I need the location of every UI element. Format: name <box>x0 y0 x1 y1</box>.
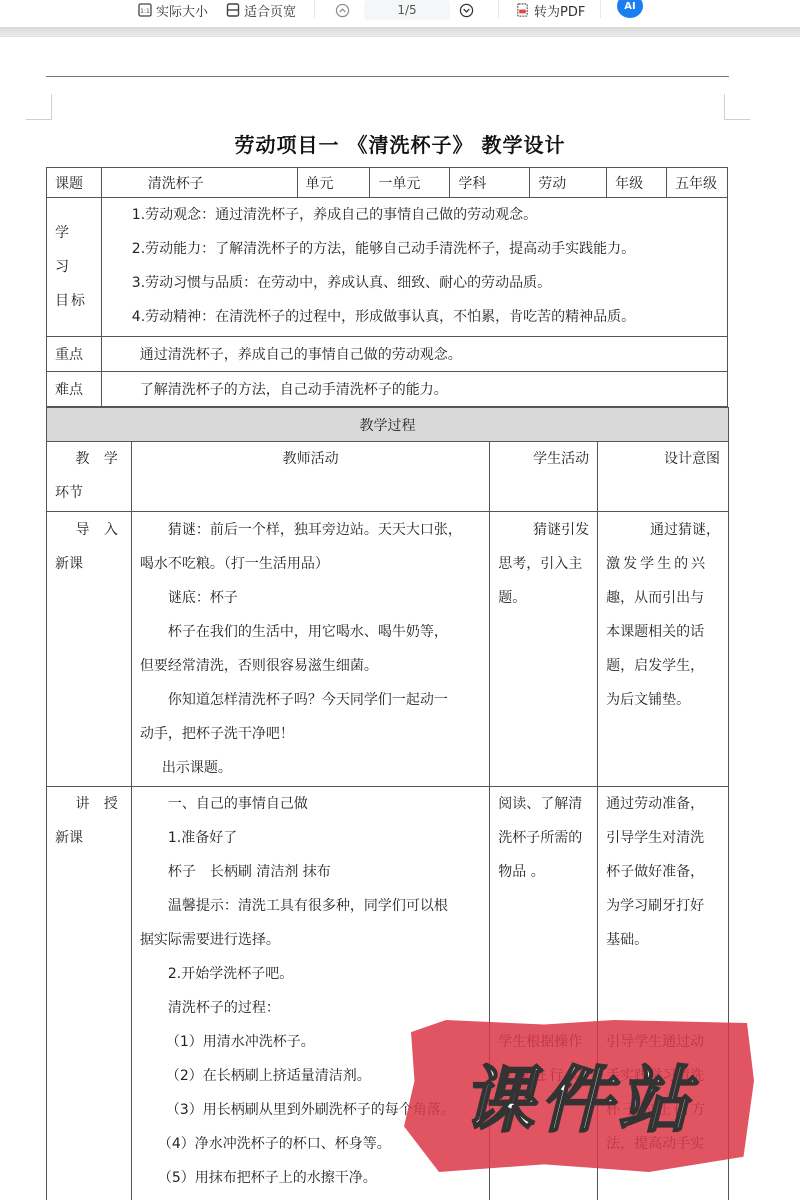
goals-content: 1.劳动观念：通过清洗杯子，养成自己的事情自己做的劳动观念。 2.劳动能力：了解… <box>101 198 727 337</box>
goal-item: 2.劳动能力：了解清洗杯子的方法，能够自己动手清洗杯子，提高动手实践能力。 <box>102 232 727 266</box>
difficulty-value: 了解清洗杯子的方法，自己动手清洗杯子的能力。 <box>101 372 727 407</box>
student-line: 题。 <box>498 581 589 615</box>
intent-spacer <box>606 957 720 1025</box>
document-title: 劳动项目一 《清洗杯子》 教学设计 <box>0 129 800 158</box>
toolbar-divider <box>314 0 315 18</box>
stage-header-line1: 教 学 <box>55 442 123 476</box>
teacher-line: 猜谜：前后一个样，独耳旁边站。天天大口张， <box>140 513 481 547</box>
ai-assistant-button[interactable]: AI <box>617 0 643 18</box>
convert-to-pdf-label: 转为PDF <box>534 1 585 20</box>
teacher-line: （3）用长柄刷从里到外刷洗杯子的每个角落。 <box>140 1093 481 1127</box>
student-line: 践。 <box>498 1093 589 1127</box>
process-row-teaching: 讲 授 新课 一、自己的事情自己做 1.准备好了 杯子 长柄刷 清洁剂 抹布 温… <box>47 787 729 1200</box>
goal-item: 3.劳动习惯与品质：在劳动中，养成认真、细致、耐心的劳动品质。 <box>102 266 727 300</box>
stage-header: 教 学 环节 <box>47 442 132 512</box>
intent-line: 题，启发学生， <box>606 649 720 683</box>
teacher-line: 但要经常清洗，否则很容易滋生细菌。 <box>140 649 481 683</box>
stage-line1: 讲 授 <box>55 787 123 821</box>
teacher-line: 动手，把杯子洗干净吧！ <box>140 717 481 751</box>
student-activity-cell: 阅读、了解清 洗杯子所需的 物品 。 学生根据操作 步骤进行实 践。 <box>490 787 598 1200</box>
student-line: 猜谜引发 <box>498 513 589 547</box>
margin-corner-mark <box>724 94 750 120</box>
intent-line: 为学习刷牙打好 <box>606 889 720 923</box>
process-row-intro: 导 入 新课 猜谜：前后一个样，独耳旁边站。天天大口张， 喝水不吃粮。（打一生活… <box>47 512 729 787</box>
teacher-line: 杯子 长柄刷 清洁剂 抹布 <box>140 855 481 889</box>
toolbar-divider <box>600 0 601 18</box>
document-page: 劳动项目一 《清洗杯子》 教学设计 课题 清洗杯子 单元 一单元 学科 劳动 年… <box>0 37 800 1200</box>
goals-label-cell: 学 习 目标 <box>47 198 102 337</box>
toolbar-divider <box>498 0 499 18</box>
actual-size-icon: 1:1 <box>138 3 152 17</box>
teacher-line: （5）用抹布把杯子上的水擦干净。 <box>140 1161 481 1195</box>
teacher-line: 1.准备好了 <box>140 821 481 855</box>
key-point-value: 通过清洗杯子，养成自己的事情自己做的劳动观念。 <box>101 337 727 372</box>
page-number-input[interactable]: 1/5 <box>364 0 450 20</box>
design-intent-cell: 通过猜谜， 激发学生的兴 趣，从而引出与 本课题相关的话 题，启发学生， 为后文… <box>598 512 729 787</box>
teacher-line: （2）在长柄刷上挤适量清洁剂。 <box>140 1059 481 1093</box>
teacher-line: 杯子在我们的生活中，用它喝水、喝牛奶等， <box>140 615 481 649</box>
goal-item: 1.劳动观念：通过清洗杯子，养成自己的事情自己做的劳动观念。 <box>102 198 727 232</box>
info-row: 课题 清洗杯子 单元 一单元 学科 劳动 年级 五年级 <box>47 168 728 198</box>
teacher-activity-cell: 一、自己的事情自己做 1.准备好了 杯子 长柄刷 清洁剂 抹布 温馨提示：清洗工… <box>131 787 489 1200</box>
prev-page-button[interactable] <box>335 0 350 20</box>
intent-line: 法，提高动手实 <box>606 1127 720 1161</box>
convert-to-pdf-button[interactable]: 转为PDF <box>515 0 585 20</box>
topic-value: 清洗杯子 <box>101 168 297 198</box>
student-line: 洗杯子所需的 <box>498 821 589 855</box>
actual-size-label: 实际大小 <box>156 1 208 20</box>
chevron-down-circle-icon <box>459 3 474 18</box>
design-intent-header: 设计意图 <box>598 442 729 512</box>
process-title-row: 教学过程 <box>47 408 729 442</box>
viewer-toolbar: 1:1 实际大小 适合页宽 1/5 转为PDF AI <box>0 0 800 28</box>
grade-value: 五年级 <box>667 168 728 198</box>
teacher-line: （1）用清水冲洗杯子。 <box>140 1025 481 1059</box>
intent-line: 引导学生对清洗 <box>606 821 720 855</box>
margin-corner-mark <box>26 94 52 120</box>
fit-width-label: 适合页宽 <box>244 1 296 20</box>
teaching-process-table: 教学过程 教 学 环节 教师活动 学生活动 设计意图 导 入 新课 猜谜：前后一… <box>46 407 729 1200</box>
intent-line: 引导学生通过动 <box>606 1025 720 1059</box>
fit-width-button[interactable]: 适合页宽 <box>226 0 296 20</box>
process-title: 教学过程 <box>47 408 729 442</box>
next-page-button[interactable] <box>459 0 474 20</box>
teacher-line: 温馨提示：清洗工具有很多种，同学们可以根 <box>140 889 481 923</box>
actual-size-button[interactable]: 1:1 实际大小 <box>138 0 208 20</box>
teacher-line: 据实际需要进行选择。 <box>140 923 481 957</box>
intent-line: 通过劳动准备， <box>606 787 720 821</box>
unit-label: 单元 <box>297 168 370 198</box>
goals-row: 学 习 目标 1.劳动观念：通过清洗杯子，养成自己的事情自己做的劳动观念。 2.… <box>47 198 728 337</box>
stage-line1: 导 入 <box>55 513 123 547</box>
intent-line: 基础。 <box>606 923 720 957</box>
intent-line: 本课题相关的话 <box>606 615 720 649</box>
student-line: 阅读、了解清 <box>498 787 589 821</box>
subject-label: 学科 <box>450 168 530 198</box>
stage-cell: 讲 授 新课 <box>47 787 132 1200</box>
ai-icon: AI <box>624 1 635 12</box>
page-header-rule <box>46 76 729 77</box>
teacher-line: （4）净水冲洗杯子的杯口、杯身等。 <box>140 1127 481 1161</box>
goals-label-line2: 目标 <box>55 284 93 318</box>
intent-line: 趣，从而引出与 <box>606 581 720 615</box>
chevron-up-circle-icon <box>335 3 350 18</box>
subject-value: 劳动 <box>530 168 607 198</box>
toolbar-separator <box>0 27 800 37</box>
key-point-label: 重点 <box>47 337 102 372</box>
teacher-activity-header: 教师活动 <box>131 442 489 512</box>
student-line: 步骤进行实 <box>498 1059 589 1093</box>
teacher-line: 2.开始学洗杯子吧。 <box>140 957 481 991</box>
student-activity-header: 学生活动 <box>490 442 598 512</box>
teacher-line: 一、自己的事情自己做 <box>140 787 481 821</box>
student-line: 物品 。 <box>498 855 589 889</box>
grade-label: 年级 <box>607 168 667 198</box>
process-header-row: 教 学 环节 教师活动 学生活动 设计意图 <box>47 442 729 512</box>
intent-line: 手实践学习清洗 <box>606 1059 720 1093</box>
teacher-line: 出示课题。 <box>140 751 481 785</box>
student-activity-cell: 猜谜引发 思考，引入主 题。 <box>490 512 598 787</box>
intent-line: 杯子做好准备， <box>606 855 720 889</box>
intent-line: 通过猜谜， <box>606 513 720 547</box>
stage-header-line2: 环节 <box>55 476 123 510</box>
key-point-row: 重点 通过清洗杯子，养成自己的事情自己做的劳动观念。 <box>47 337 728 372</box>
student-spacer <box>498 889 589 1025</box>
topic-label: 课题 <box>47 168 102 198</box>
intent-line: 为后文铺垫。 <box>606 683 720 717</box>
teacher-line: 清洗杯子的过程： <box>140 991 481 1025</box>
intent-line: 杯子的正确方 <box>606 1093 720 1127</box>
goals-label-line1: 学 习 <box>55 216 93 284</box>
difficulty-label: 难点 <box>47 372 102 407</box>
difficulty-row: 难点 了解清洗杯子的方法，自己动手清洗杯子的能力。 <box>47 372 728 407</box>
student-line: 思考，引入主 <box>498 547 589 581</box>
stage-line2: 新课 <box>55 547 123 581</box>
stage-cell: 导 入 新课 <box>47 512 132 787</box>
svg-text:1:1: 1:1 <box>140 8 150 15</box>
teacher-line: 你知道怎样清洗杯子吗？今天同学们一起动一 <box>140 683 481 717</box>
intent-line: 激发学生的兴 <box>606 547 720 581</box>
lesson-info-table: 课题 清洗杯子 单元 一单元 学科 劳动 年级 五年级 学 习 目标 1.劳动观… <box>46 167 728 407</box>
goal-item: 4.劳动精神：在清洗杯子的过程中，形成做事认真，不怕累，肯吃苦的精神品质。 <box>102 300 727 334</box>
pdf-icon <box>515 3 530 18</box>
stage-line2: 新课 <box>55 821 123 855</box>
unit-value: 一单元 <box>370 168 450 198</box>
fit-width-icon <box>226 3 240 17</box>
teacher-line: 喝水不吃粮。（打一生活用品） <box>140 547 481 581</box>
teacher-activity-cell: 猜谜：前后一个样，独耳旁边站。天天大口张， 喝水不吃粮。（打一生活用品） 谜底：… <box>131 512 489 787</box>
teacher-line: 谜底：杯子 <box>140 581 481 615</box>
design-intent-cell: 通过劳动准备， 引导学生对清洗 杯子做好准备， 为学习刷牙打好 基础。 引导学生… <box>598 787 729 1200</box>
student-line: 学生根据操作 <box>498 1025 589 1059</box>
